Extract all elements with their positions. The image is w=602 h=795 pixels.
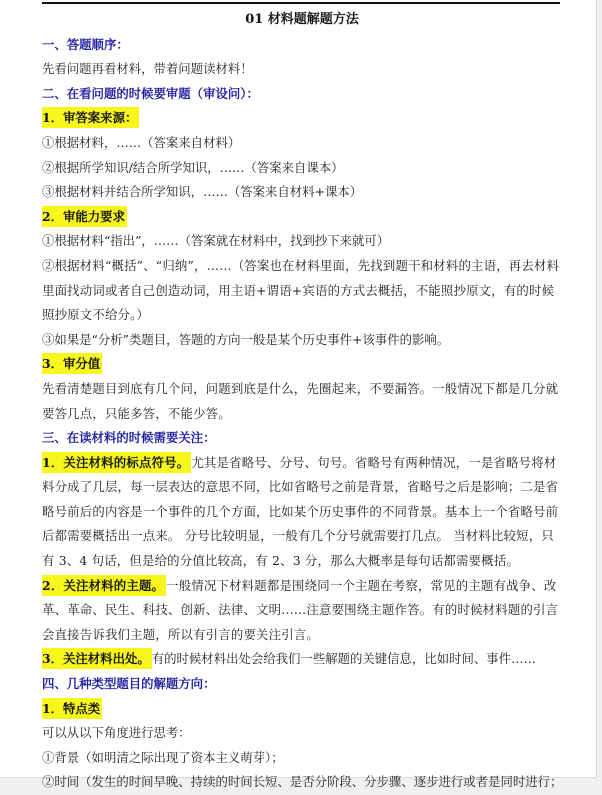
top-rule-divider	[42, 2, 560, 4]
highlighted-subheading: 3．关注材料出处。	[42, 648, 152, 669]
section-heading-4: 四、几种类型题目的解题方向：	[42, 672, 562, 697]
list-item: ①根据材料，……（答案来自材料）	[42, 131, 562, 156]
paragraph-theme: 2．关注材料的主题。一般情况下材料题都是围绕同一个主题在考察，常见的主题有战争、…	[42, 574, 562, 648]
section-heading-3: 三、在读材料的时候需要关注：	[42, 426, 562, 451]
paragraph: 可以从以下角度进行思考：	[42, 721, 562, 746]
document-page: 01 材料题解题方法 一、答题顺序： 先看问题再看材料，带着问题读材料！ 二、在…	[0, 0, 597, 778]
list-item: ②根据材料“概括”、“归纳”，……（答案也在材料里面，先找到题干和材料的主语，再…	[42, 254, 562, 328]
list-item: ③根据材料并结合所学知识，……（答案来自材料+课本）	[42, 180, 562, 205]
highlighted-subheading: 1．关注材料的标点符号。	[42, 452, 191, 473]
list-item: ①背景（如明清之际出现了资本主义萌芽）；	[42, 746, 562, 771]
highlighted-subheading: 2．审能力要求	[42, 206, 127, 227]
highlighted-subheading: 1．特点类	[42, 698, 102, 719]
document-content: 01 材料题解题方法 一、答题顺序： 先看问题再看材料，带着问题读材料！ 二、在…	[42, 8, 562, 781]
paragraph: 先看问题再看材料，带着问题读材料！	[42, 57, 562, 82]
list-item: ②时间（发生的时间早晚、持续的时间长短、是否分阶段、分步骤、逐步进行或者是同时进…	[42, 770, 562, 781]
paragraph-source: 3．关注材料出处。有的时候材料出处会给我们一些解题的关键信息，比如时间、事件……	[42, 647, 562, 672]
highlighted-subheading: 2．关注材料的主题。	[42, 575, 166, 596]
paragraph: 先看清楚题目到底有几个问，问题到底是什么，先圈起来，不要漏答。一般情况下都是几分…	[42, 377, 562, 426]
page-title: 01 材料题解题方法	[42, 8, 562, 33]
highlighted-subheading: 3．审分值	[42, 353, 102, 374]
section-heading-1: 一、答题顺序：	[42, 33, 562, 58]
highlighted-subheading: 1．审答案来源：	[42, 107, 139, 128]
paragraph-text: 有的时候材料出处会给我们一些解题的关键信息，比如时间、事件……	[152, 651, 536, 666]
list-item: ③如果是“分析”类题目，答题的方向一般是某个历史事件+该事件的影响。	[42, 328, 562, 353]
list-item: ①根据材料“指出”，……（答案就在材料中，找到抄下来就可）	[42, 229, 562, 254]
paragraph-punctuation: 1．关注材料的标点符号。尤其是省略号、分号、句号。省略号有两种情况，一是省略号将…	[42, 451, 562, 574]
section-heading-2: 二、在看问题的时候要审题（审设问）：	[42, 82, 562, 107]
list-item: ②根据所学知识/结合所学知识，……（答案来自课本）	[42, 156, 562, 181]
